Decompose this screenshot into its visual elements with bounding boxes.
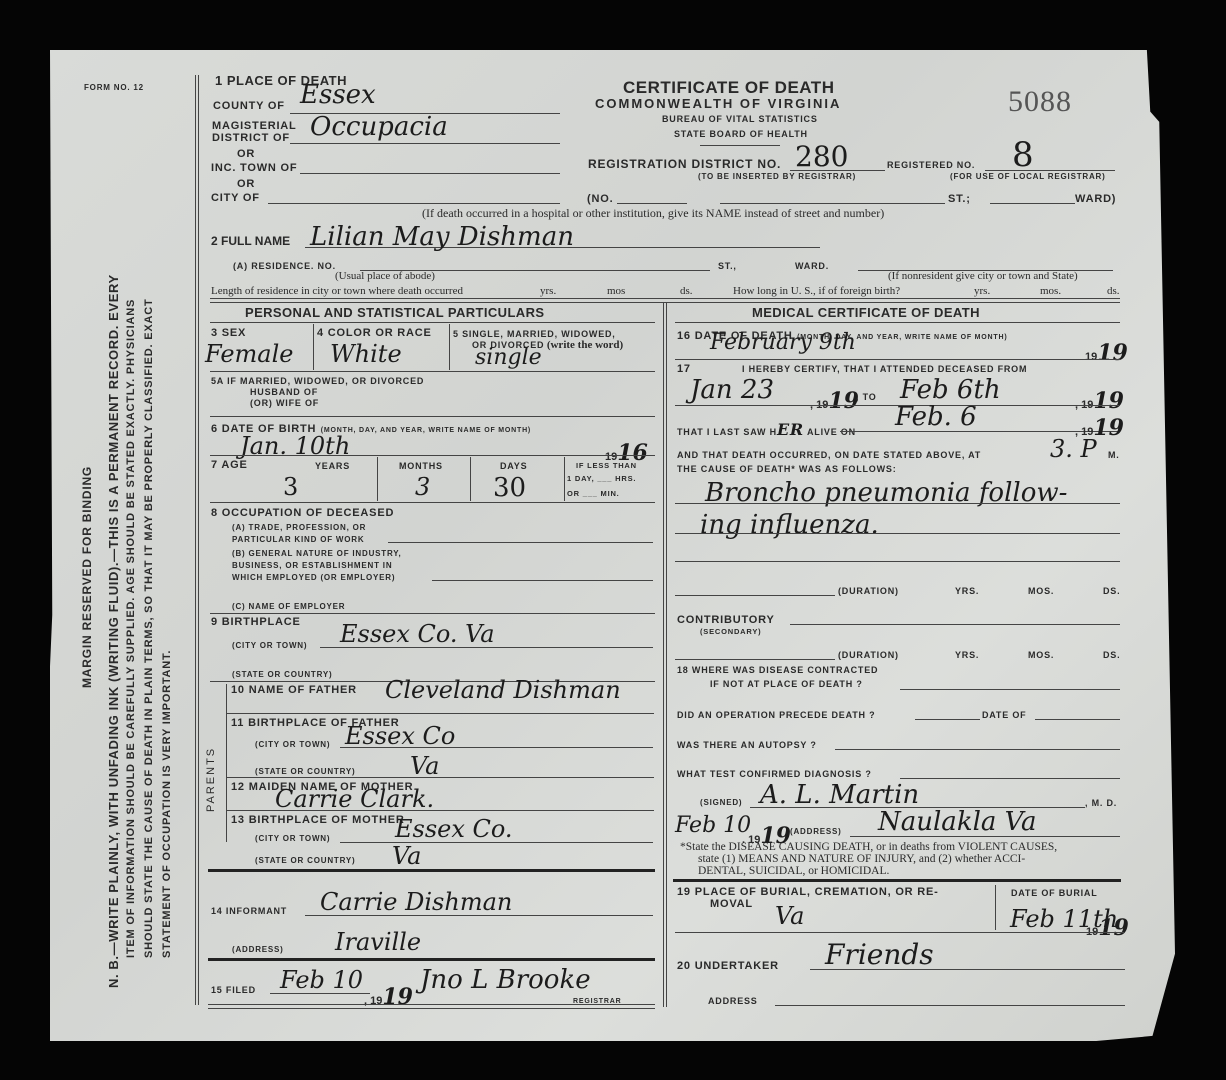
medical-heading: MEDICAL CERTIFICATE OF DEATH	[752, 305, 980, 320]
street-label: ST.;	[948, 193, 971, 205]
length-of-residence-label: Length of residence in city or town wher…	[211, 285, 463, 297]
mother-state-label: (STATE OR COUNTRY)	[255, 856, 355, 865]
birthplace-value[interactable]: Essex Co. Va	[340, 620, 495, 648]
duration-yrs-label: YRS.	[955, 650, 979, 660]
commonwealth-title: COMMONWEALTH OF VIRGINIA	[595, 96, 841, 111]
to-year: , 1919	[1075, 388, 1124, 414]
operation-date-label: DATE OF	[982, 710, 1026, 720]
notice-line-4: STATEMENT OF OCCUPATION IS VERY IMPORTAN…	[161, 650, 173, 958]
duration-yrs-label: YRS.	[955, 586, 979, 596]
certify-label: I HEREBY CERTIFY, THAT I ATTENDED DECEAS…	[742, 364, 1027, 374]
form-number: FORM NO. 12	[84, 83, 144, 92]
occupation-a-label: (A) TRADE, PROFESSION, OR	[232, 523, 366, 532]
age-label: 7 AGE	[211, 459, 248, 471]
county-label: COUNTY OF	[213, 100, 285, 112]
date-of-death-value[interactable]: February 9th	[710, 330, 856, 355]
duration-label: (DURATION)	[838, 650, 899, 660]
less-than-label: IF LESS THAN	[576, 461, 637, 470]
inc-town-label: INC. TOWN OF	[211, 162, 297, 174]
signed-date-value[interactable]: Feb 10	[675, 813, 751, 838]
duration-mos-label: MOS.	[1028, 586, 1054, 596]
attended-to-value[interactable]: Feb 6th	[900, 375, 1001, 405]
duration-ds-label: DS.	[1103, 586, 1120, 596]
yrs-label: yrs.	[974, 285, 990, 297]
or-label: OR	[237, 148, 255, 160]
last-saw-label: THAT I LAST SAW Her ALIVE ON	[677, 420, 856, 439]
city-label: CITY OF	[211, 192, 260, 204]
certificate-title: CERTIFICATE OF DEATH	[623, 78, 834, 98]
sex-value[interactable]: Female	[205, 340, 294, 368]
notice-line-3: SHOULD STATE THE CAUSE OF DEATH IN PLAIN…	[143, 299, 155, 959]
burial-place-label-2: MOVAL	[710, 898, 753, 910]
filed-date-value[interactable]: Feb 10	[280, 966, 363, 994]
column-divider	[663, 302, 664, 1007]
sex-label: 3 SEX	[211, 327, 246, 339]
father-name-label: 10 NAME OF FATHER	[231, 684, 357, 696]
marital-status-value[interactable]: single	[475, 345, 542, 370]
or-label: OR	[237, 178, 255, 190]
age-years-value[interactable]: 3	[283, 473, 298, 501]
district-label: DISTRICT OF	[212, 132, 290, 144]
reg-district-label: REGISTRATION DISTRICT NO.	[588, 157, 781, 171]
mother-birthplace-label: 13 BIRTHPLACE OF MOTHER	[231, 814, 405, 826]
full-name-label: 2 FULL NAME	[211, 234, 290, 248]
notice-line-1: N. B.—WRITE PLAINLY, WITH UNFADING INK (…	[106, 274, 121, 988]
days-label: DAYS	[500, 461, 527, 471]
bureau-label: BUREAU OF VITAL STATISTICS	[662, 114, 818, 124]
occupation-label: 8 OCCUPATION OF DECEASED	[211, 507, 394, 519]
father-name-value[interactable]: Cleveland Dishman	[385, 676, 621, 704]
personal-heading: PERSONAL AND STATISTICAL PARTICULARS	[245, 305, 544, 320]
board-label: STATE BOARD OF HEALTH	[674, 129, 808, 139]
foreign-birth-label: How long in U. S., if of foreign birth?	[733, 285, 900, 297]
informant-address-label: (ADDRESS)	[232, 945, 284, 954]
burial-year: 1919	[1086, 915, 1129, 941]
ds-label: ds.	[1107, 285, 1120, 297]
certify-number: 17	[677, 363, 691, 375]
death-occurred-label: AND THAT DEATH OCCURRED, ON DATE STATED …	[677, 450, 981, 460]
mother-birthplace-state[interactable]: Va	[392, 842, 421, 870]
attended-from-value[interactable]: Jan 23	[690, 375, 774, 405]
contributory-label: CONTRIBUTORY	[677, 614, 775, 626]
signed-label: (SIGNED)	[700, 798, 742, 807]
mother-name-value[interactable]: Carrie Clark.	[275, 785, 434, 813]
undertaker-label: 20 UNDERTAKER	[677, 960, 779, 972]
contracted-label-2: IF NOT AT PLACE OF DEATH ?	[710, 679, 863, 689]
physician-signature[interactable]: A. L. Martin	[760, 780, 919, 810]
duration-label: (DURATION)	[838, 586, 899, 596]
cause-footnote: *State the DISEASE CAUSING DEATH, or in …	[680, 841, 1057, 877]
death-time-value[interactable]: 3. P	[1050, 435, 1097, 463]
reg-district-value[interactable]: 280	[795, 140, 848, 173]
occupation-b-label-2: BUSINESS, OR ESTABLISHMENT IN	[232, 561, 392, 570]
father-city-label: (CITY OR TOWN)	[255, 740, 330, 749]
to-label: , TO	[856, 392, 877, 402]
filed-label: 15 FILED	[211, 985, 256, 995]
residence-ward-label: WARD.	[795, 261, 829, 271]
employer-label: (C) NAME OF EMPLOYER	[232, 602, 345, 611]
street-number-label: (NO.	[587, 193, 613, 205]
ds-label: ds.	[680, 285, 693, 297]
birthplace-state-label: (STATE OR COUNTRY)	[232, 670, 332, 679]
registered-no-value[interactable]: 8	[1012, 135, 1034, 175]
yrs-label: yrs.	[540, 285, 556, 297]
full-name-value[interactable]: Lilian May Dishman	[310, 222, 574, 252]
nonresident-note: (If nonresident give city or town and St…	[888, 270, 1078, 282]
residence-label: (A) RESIDENCE. NO.	[233, 261, 336, 271]
contracted-label: 18 WHERE WAS DISEASE CONTRACTED	[677, 665, 878, 675]
race-value[interactable]: White	[330, 340, 402, 368]
years-label: YEARS	[315, 461, 350, 471]
undertaker-address-label: ADDRESS	[708, 996, 758, 1006]
binding-margin-note: MARGIN RESERVED FOR BINDING	[80, 466, 94, 688]
birthplace-city-label: (CITY OR TOWN)	[232, 641, 307, 650]
burial-place-value[interactable]: Va	[775, 902, 804, 930]
magisterial-label: MAGISTERIAL	[212, 120, 297, 132]
md-label: , M. D.	[1085, 798, 1117, 808]
dod-year: 1919	[1085, 340, 1128, 366]
burial-place-label: 19 PLACE OF BURIAL, CREMATION, OR RE-	[677, 886, 939, 898]
residence-st-label: ST.,	[718, 261, 737, 271]
mother-birthplace-city[interactable]: Essex Co.	[395, 815, 513, 843]
file-number: 5088	[1008, 85, 1072, 119]
ward-label: WARD)	[1075, 193, 1116, 205]
burial-date-label: DATE OF BURIAL	[1011, 888, 1098, 898]
last-saw-value[interactable]: Feb. 6	[895, 402, 977, 432]
husband-of-label: HUSBAND OF	[250, 387, 318, 397]
age-days-value[interactable]: 30	[493, 473, 526, 503]
duration-ds-label: DS.	[1103, 650, 1120, 660]
from-year: , 1919	[810, 388, 859, 414]
cause-line-2[interactable]: ing influenza.	[700, 510, 879, 540]
parents-side-label: PARENTS	[205, 747, 217, 812]
informant-value[interactable]: Carrie Dishman	[320, 888, 512, 916]
father-birthplace-city[interactable]: Essex Co	[345, 722, 455, 750]
registered-no-label: REGISTERED NO.	[887, 160, 975, 170]
months-label: MONTHS	[399, 461, 443, 471]
duration-mos-label: MOS.	[1028, 650, 1054, 660]
occupation-a-label-2: PARTICULAR KIND OF WORK	[232, 535, 364, 544]
registered-no-note: (FOR USE OF LOCAL REGISTRAR)	[950, 172, 1106, 181]
marital-label: 5 SINGLE, MARRIED, WIDOWED,	[453, 329, 616, 339]
county-value[interactable]: Essex	[300, 80, 376, 110]
physician-address-label: (ADDRESS)	[790, 827, 842, 836]
father-birthplace-state[interactable]: Va	[410, 752, 439, 780]
minutes-label: OR ___ MIN.	[567, 489, 620, 498]
cause-label: THE CAUSE OF DEATH* WAS AS FOLLOWS:	[677, 464, 897, 474]
informant-label: 14 INFORMANT	[211, 906, 287, 916]
mos-label: mos.	[1040, 285, 1061, 297]
hours-label: 1 DAY, ___ HRS.	[567, 474, 636, 483]
magisterial-district-value[interactable]: Occupacia	[310, 112, 448, 142]
operation-label: DID AN OPERATION PRECEDE DEATH ?	[677, 710, 875, 720]
form-border-left-inner	[198, 75, 199, 1005]
age-months-value[interactable]: 3	[415, 473, 430, 501]
meridian-label: M.	[1108, 450, 1120, 460]
physician-address-value[interactable]: Naulakla Va	[878, 807, 1037, 837]
mother-city-label: (CITY OR TOWN)	[255, 834, 330, 843]
institution-note: (If death occurred in a hospital or othe…	[422, 206, 884, 221]
occupation-b-label-3: WHICH EMPLOYED (OR EMPLOYER)	[232, 573, 395, 582]
race-label: 4 COLOR OR RACE	[317, 327, 432, 339]
secondary-label: (SECONDARY)	[700, 627, 761, 636]
informant-address-value[interactable]: Iraville	[335, 928, 421, 956]
birthplace-label: 9 BIRTHPLACE	[211, 616, 301, 628]
autopsy-label: WAS THERE AN AUTOPSY ?	[677, 740, 817, 750]
residence-note: (Usual place of abode)	[335, 270, 435, 282]
wife-of-label: (OR) WIFE OF	[250, 398, 319, 408]
mos-label: mos	[607, 285, 625, 297]
form-border-left	[195, 75, 196, 1005]
father-state-label: (STATE OR COUNTRY)	[255, 767, 355, 776]
notice-line-2: ITEM OF INFORMATION SHOULD BE CAREFULLY …	[125, 299, 137, 958]
reg-district-note: (TO BE INSERTED BY REGISTRAR)	[698, 172, 856, 181]
spouse-label: 5A IF MARRIED, WIDOWED, OR DIVORCED	[211, 376, 424, 386]
registrar-signature[interactable]: Jno L Brooke	[420, 965, 591, 995]
undertaker-value[interactable]: Friends	[825, 938, 934, 971]
occupation-b-label: (B) GENERAL NATURE OF INDUSTRY,	[232, 549, 402, 558]
diagnosis-test-label: WHAT TEST CONFIRMED DIAGNOSIS ?	[677, 769, 872, 779]
